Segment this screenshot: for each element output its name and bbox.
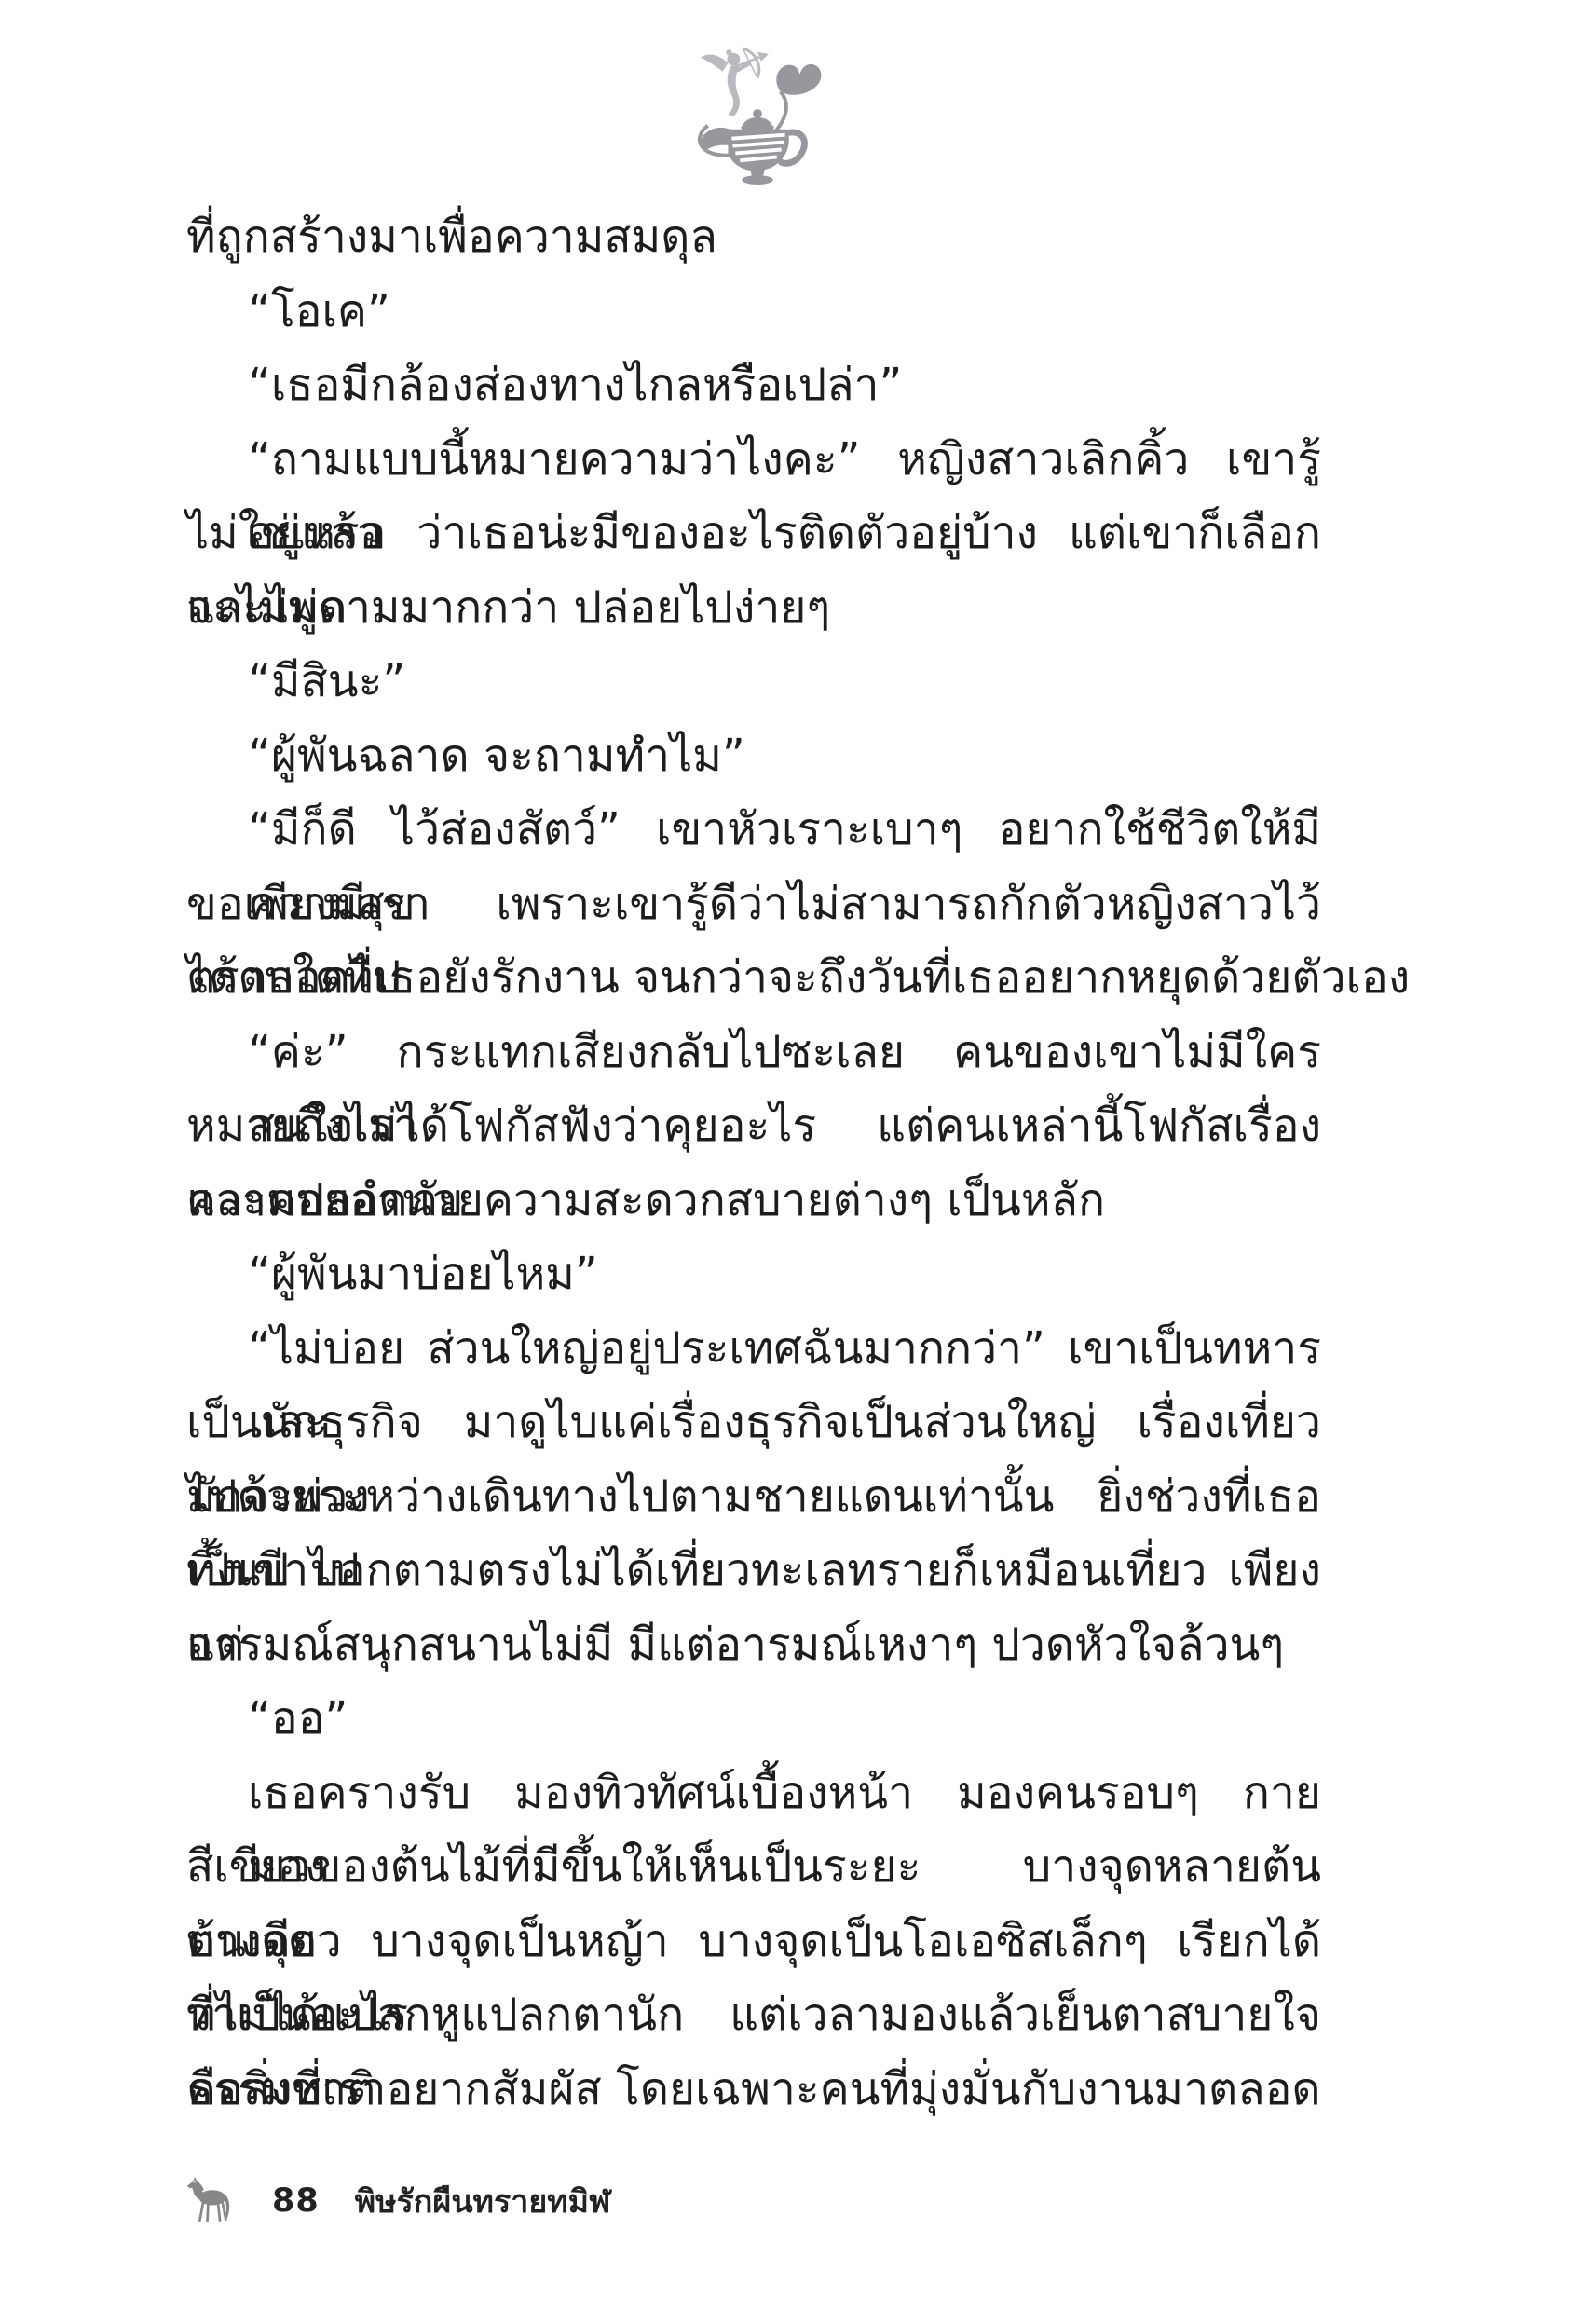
text-line: อารมณ์สนุกสนานไม่มี มีแต่อารมณ์เหงาๆ ปวด… (186, 1608, 1321, 1683)
text-line: “มีก็ดี ไว้ส่องสัตว์” เขาหัวเราะเบาๆ อยา… (186, 793, 1321, 868)
text-line: “ออ” (186, 1682, 1321, 1757)
text-line: “มีสินะ” (186, 645, 1321, 719)
text-line: เธอครางรับ มองทิวทัศน์เบื้องหน้า มองคนรอ… (186, 1757, 1321, 1831)
text-line: “ผู้พันฉลาด จะถามทำไม” (186, 719, 1321, 794)
book-title: พิษรักผืนทรายทมิฬ (355, 2176, 611, 2226)
chapter-ornament (689, 41, 827, 186)
text-line: “โอเค” (186, 275, 1321, 349)
text-line: ที่ไม่ได้แปลกหูแปลกตานัก แต่เวลามองแล้วเ… (186, 1978, 1321, 2053)
text-line: เป็นปี บอกตามตรงไม่ได้เที่ยวทะเลทรายก็เห… (186, 1534, 1321, 1608)
heart-shape (776, 64, 821, 95)
text-line: ไปด้วยระหว่างเดินทางไปตามชายแดนเท่านั้น … (186, 1460, 1321, 1535)
text-line: ที่ถูกสร้างมาเพื่อความสมดุล (186, 200, 1321, 275)
text-line: “เธอมีกล้องส่องทางไกลหรือเปล่า” (186, 349, 1321, 423)
text-line: “ถามแบบนี้หมายความว่าไงคะ” หญิงสาวเลิกคิ… (186, 423, 1321, 498)
text-line: เป็นนักธุรกิจ มาดูไบแค่เรื่องธุรกิจเป็นส… (186, 1386, 1321, 1460)
text-block: ที่ถูกสร้างมาเพื่อความสมดุล“โอเค”“เธอมีก… (186, 200, 1321, 2126)
text-line: สีเขียวของต้นไม้ที่มีขึ้นให้เห็นเป็นระยะ… (186, 1830, 1321, 1905)
text-line: “ไม่บ่อย ส่วนใหญ่อยู่ประเทศฉันมากกว่า” เ… (186, 1312, 1321, 1387)
book-page: ที่ถูกสร้างมาเพื่อความสมดุล“โอเค”“เธอมีก… (0, 0, 1596, 2311)
text-line: “ผู้พันมาบ่อยไหม” (186, 1238, 1321, 1312)
page-number: 88 (272, 2182, 320, 2220)
text-line: “ค่ะ” กระแทกเสียงกลับไปซะเลย คนของเขาไม่… (186, 1016, 1321, 1090)
horse-icon (186, 2174, 237, 2228)
text-line: หมายถึงไม่ได้โฟกัสฟังว่าคุยอะไร แต่คนเหล… (186, 1089, 1321, 1164)
text-line: ต้นเดียว บางจุดเป็นหญ้า บางจุดเป็นโอเอซิ… (186, 1905, 1321, 1979)
text-line: และไม่ถามมากกว่า ปล่อยไปง่ายๆ (186, 571, 1321, 646)
text-line: ตราบใดที่เธอยังรักงาน จนกว่าจะถึงวันที่เ… (186, 941, 1321, 1016)
page-footer: 88 พิษรักผืนทรายทมิฬ (186, 2171, 610, 2231)
text-line: คือสิ่งที่เราอยากสัมผัส โดยเฉพาะคนที่มุ่… (186, 2053, 1321, 2127)
cupid-figure (701, 49, 769, 116)
genie-lamp-cupid-heart-icon (689, 41, 827, 186)
text-line: ไม่ใช่เหรอ ว่าเธอน่ะมีของอะไรติดตัวอยู่บ… (186, 497, 1321, 571)
text-line: ขอเพียงมีเรา เพราะเขารู้ดีว่าไม่สามารถกั… (186, 868, 1321, 942)
text-line: และคอยอำนวยความสะดวกสบายต่างๆ เป็นหลัก (186, 1164, 1321, 1238)
